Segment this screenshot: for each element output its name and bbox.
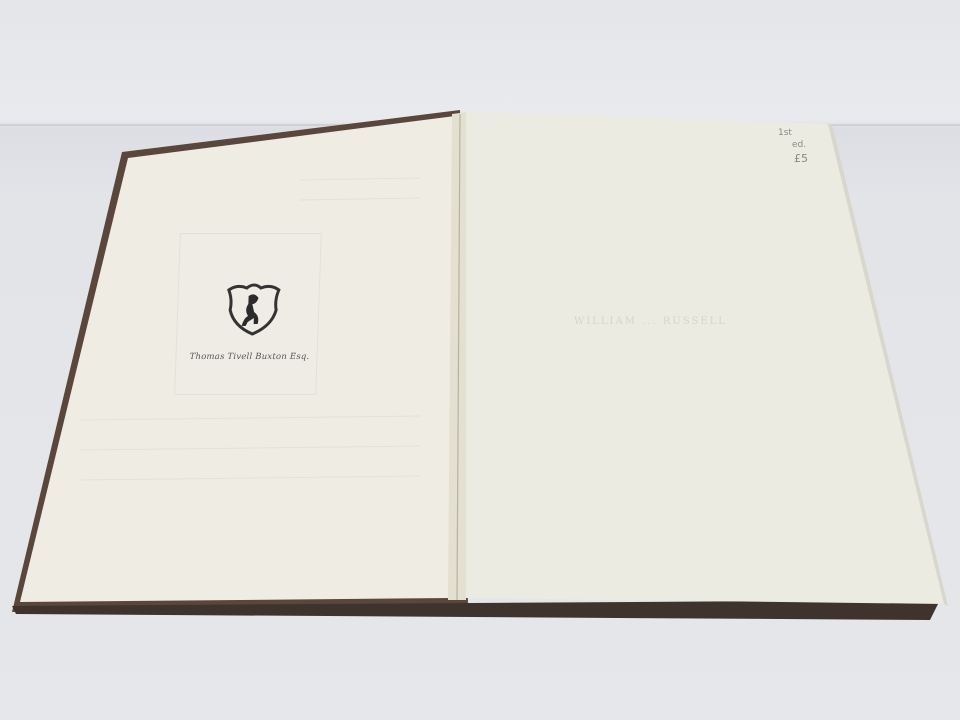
- bookplate: Thomas Tivell Buxton Esq.: [175, 234, 321, 394]
- pencil-note-price: £5: [794, 152, 808, 165]
- pencil-note-edition: 1st: [778, 128, 792, 138]
- open-book: [0, 0, 960, 720]
- book-photo: Thomas Tivell Buxton Esq. WILLIAM ... RU…: [0, 0, 960, 720]
- faint-title-show-through: WILLIAM ... RUSSELL: [538, 316, 763, 327]
- bookplate-owner-name: Thomas Tivell Buxton Esq.: [184, 352, 314, 362]
- pencil-note-ed: ed.: [792, 140, 806, 150]
- heraldic-lion-crest-icon: [221, 282, 285, 338]
